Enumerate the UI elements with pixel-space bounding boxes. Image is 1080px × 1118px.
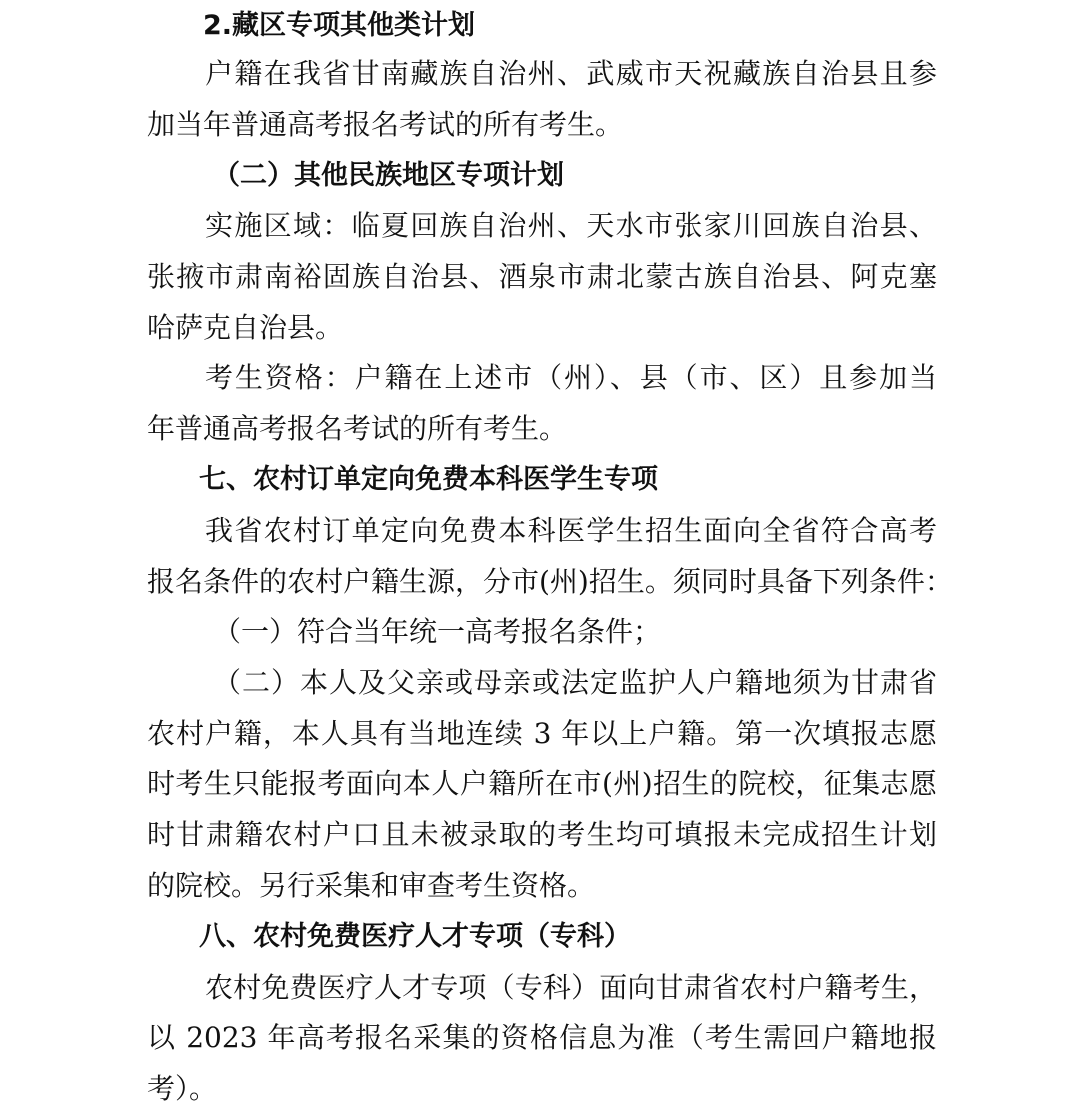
paragraph-line: 考）。 [147,1063,217,1114]
paragraph-line: 农村户籍，本人具有当地连续 3 年以上户籍。第一次填报志愿 [147,708,937,759]
paragraph-line: 户籍在我省甘南藏族自治州、武威市天祝藏族自治县且参 [205,48,937,99]
paragraph-line: 时考生只能报考面向本人户籍所在市(州)招生的院校，征集志愿 [147,758,937,809]
paragraph-line: 我省农村订单定向免费本科医学生招生面向全省符合高考 [205,505,937,556]
paragraph-line: 加当年普通高考报名考试的所有考生。 [147,99,623,150]
paragraph-line: 以 2023 年高考报名采集的资格信息为准（考生需回户籍地报 [147,1012,937,1063]
paragraph-line: （二）本人及父亲或母亲或法定监护人户籍地须为甘肃省 [213,657,937,708]
paragraph-line: 年普通高考报名考试的所有考生。 [147,403,567,454]
section-heading: 八、农村免费医疗人才专项（专科） [199,911,631,962]
section-heading: 2.藏区专项其他类计划 [203,0,475,51]
paragraph-line: 考生资格：户籍在上述市（州）、县（市、区）且参加当 [205,352,937,403]
paragraph-line: 实施区域：临夏回族自治州、天水市张家川回族自治县、 [205,200,937,251]
paragraph-line: 时甘肃籍农村户口且未被录取的考生均可填报未完成招生计划 [147,809,937,860]
section-heading: 七、农村订单定向免费本科医学生专项 [199,454,658,505]
paragraph-line: 张掖市肃南裕固族自治县、酒泉市肃北蒙古族自治县、阿克塞 [147,251,937,302]
paragraph-line: 的院校。另行采集和审查考生资格。 [147,860,595,911]
paragraph-line: 报名条件的农村户籍生源，分市(州)招生。须同时具备下列条件： [147,556,937,607]
section-heading: （二）其他民族地区专项计划 [213,150,564,201]
paragraph-line: 农村免费医疗人才专项（专科）面向甘肃省农村户籍考生， [205,962,937,1013]
paragraph-line: 哈萨克自治县。 [147,302,343,353]
paragraph-line: （一）符合当年统一高考报名条件； [213,606,661,657]
